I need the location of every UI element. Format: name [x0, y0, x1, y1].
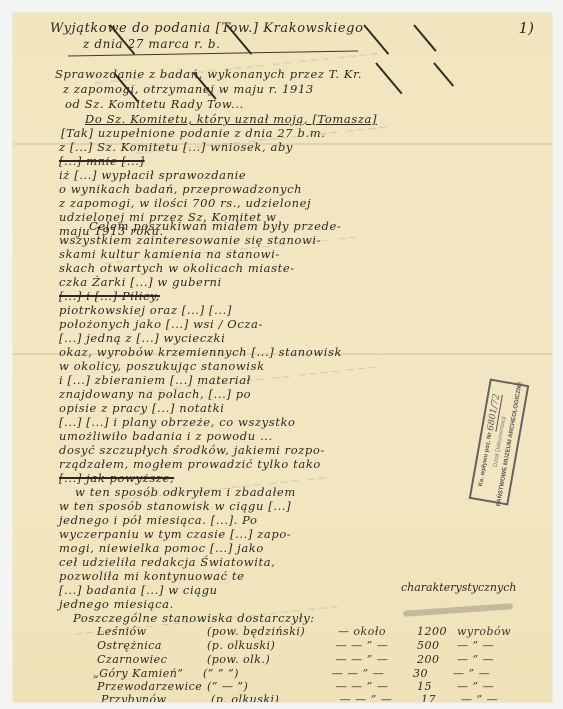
site-dash: — około	[307, 625, 417, 638]
site-unit: — ” —	[457, 680, 517, 693]
body-line: [Tak] uzupełnione podanie z dnia 27 b.m.	[61, 126, 325, 140]
site-name: „Góry Kamień”	[93, 667, 203, 680]
site-district: (” ” ”)	[203, 667, 303, 680]
body-line: [...] badania [...] w ciągu	[59, 583, 218, 597]
body-line: Sprawozdanie z badań, wykonanych przez T…	[55, 67, 362, 81]
site-count: 30	[413, 667, 453, 680]
body-line: jednego i pół miesiąca. [...]. Po	[59, 513, 258, 527]
site-count: 15	[417, 680, 457, 693]
inventory-row: „Góry Kamień”(” ” ”)— — ” —30— ” —	[93, 667, 513, 680]
body-line: umożliwiło badania i z powodu ...	[59, 429, 273, 443]
site-dash: — — ” —	[307, 680, 417, 693]
body-line: [...] mnie [...]	[59, 154, 145, 168]
inventory-row: Leśniów(pow. będziński)— około1200wyrobó…	[97, 625, 517, 638]
site-name: Przybynów	[101, 693, 211, 702]
site-count: 500	[417, 639, 457, 652]
body-line: Celem poszukiwań miałem były przede-	[89, 219, 341, 233]
body-line: wyczerpaniu w tym czasie [...] zapo-	[59, 527, 291, 541]
body-line: wszystkiem zainteresowanie się stanowi-	[59, 233, 321, 247]
body-line: Do Sz. Komitetu, który uznał moją, [Toma…	[85, 112, 377, 126]
body-line: z zapomogi, w ilości 700 rs., udzielonej	[59, 196, 311, 210]
body-line: dosyć szczupłych środków, jakiemi rozpo-	[59, 443, 325, 457]
body-line: w okolicy, poszukując stanowisk	[59, 359, 265, 373]
site-unit: — ” —	[461, 693, 521, 702]
site-unit: — ” —	[453, 667, 513, 680]
body-line: znajdowany na polach, [...] po	[59, 387, 251, 401]
body-line: skach otwartych w okolicach miaste-	[59, 261, 295, 275]
site-count: 1200	[417, 625, 457, 638]
site-unit: — ” —	[457, 653, 517, 666]
body-line: [...] [...] i plany obrzeże, co wszystko	[59, 415, 296, 429]
body-line: [...] jak powyższe,	[59, 471, 174, 485]
site-name: Przewodarzewice	[97, 680, 207, 693]
body-line: iż [...] wypłacił sprawozdanie	[59, 168, 246, 182]
body-line: jednego miesiąca.	[59, 597, 174, 611]
cross-out-mark	[433, 62, 454, 86]
body-line: o wynikach badań, przeprowadzonych	[59, 182, 302, 196]
title-line: Wyjątkowe do podania [Tow.] Krakowskiego	[50, 21, 364, 36]
body-line: skami kultur kamienia na stanowi-	[59, 247, 280, 261]
site-dash: — — ” —	[307, 639, 417, 652]
body-line: pozwoliła mi kontynuować te	[59, 569, 245, 583]
museum-stamp: PAŃSTWOWE MUZEUM ARCHEOLOGICZNE Dział Do…	[469, 378, 530, 505]
body-line: okaz, wyrobów krzemiennych [...] stanowi…	[59, 345, 342, 359]
body-line: z [...] Sz. Komitetu [...] wniosek, aby	[59, 140, 293, 154]
body-line: położonych jako [...] wsi / Ocza-	[59, 317, 263, 331]
inventory-row: Przybynów(p. olkuski)— — ” —17— ” —	[101, 693, 521, 702]
title-line: z dnia 27 marca r. b.	[83, 37, 221, 51]
body-line: [...] i [...] Pilicy,	[59, 289, 160, 303]
page-number: 1)	[519, 19, 534, 37]
body-line: z zapomogi, otrzymanej w maju r. 1913	[63, 82, 314, 96]
body-line: w ten sposób stanowisk w ciągu [...]	[59, 499, 291, 513]
body-line: i [...] zbieraniem [...] materiał	[59, 373, 251, 387]
site-dash: — — ” —	[311, 693, 421, 702]
body-line: [...] jedną z [...] wycieczki	[59, 331, 225, 345]
site-district: (pow. będziński)	[207, 625, 307, 638]
site-district: (pow. olk.)	[207, 653, 307, 666]
margin-note: charakterystycznych	[401, 581, 516, 594]
body-line: rządzałem, mogłem prowadzić tylko tako	[59, 457, 321, 471]
pencil-scribble	[403, 603, 513, 617]
site-district: (” — ”)	[207, 680, 307, 693]
inventory-row: Czarnowiec(pow. olk.)— — ” —200— ” —	[97, 653, 517, 666]
body-line: od Sz. Komitetu Rady Tow...	[65, 97, 244, 111]
body-line: mogi, niewielka pomoc [...] jako	[59, 541, 264, 555]
cross-out-mark	[375, 62, 402, 94]
site-count: 17	[421, 693, 461, 702]
cross-out-mark	[413, 24, 436, 51]
site-name: Czarnowiec	[97, 653, 207, 666]
site-name: Ostrężnica	[97, 639, 207, 652]
site-unit: — ” —	[457, 639, 517, 652]
site-dash: — — ” —	[303, 667, 413, 680]
inventory-row: Ostrężnica(p. olkuski)— — ” —500— ” —	[97, 639, 517, 652]
site-unit: wyrobów	[457, 625, 517, 638]
site-count: 200	[417, 653, 457, 666]
body-line: piotrkowskiej oraz [...] [...]	[59, 303, 232, 317]
body-line: ceł udzieliła redakcja Światowita,	[59, 555, 275, 569]
inventory-intro: Poszczególne stanowiska dostarczyły:	[73, 611, 315, 625]
site-district: (p. olkuski)	[211, 693, 311, 702]
site-dash: — — ” —	[307, 653, 417, 666]
body-line: czka Żarki [...] w guberni	[59, 275, 222, 289]
scan-background: ~ ~~~ ~~ ~~~~ ~~~~ ~~ ~~~ ~~~~ ~~~ ~~~~ …	[0, 0, 563, 709]
site-name: Leśniów	[97, 625, 207, 638]
site-district: (p. olkuski)	[207, 639, 307, 652]
body-line: w ten sposób odkryłem i zbadałem	[75, 485, 296, 499]
inventory-row: Przewodarzewice(” — ”)— — ” —15— ” —	[97, 680, 517, 693]
body-line: opisie z pracy [...] notatki	[59, 401, 225, 415]
manuscript-page: ~ ~~~ ~~ ~~~~ ~~~~ ~~ ~~~ ~~~~ ~~~ ~~~~ …	[13, 13, 552, 702]
stamp-register-label: Ks. wpływu poz. Nr	[478, 432, 493, 487]
